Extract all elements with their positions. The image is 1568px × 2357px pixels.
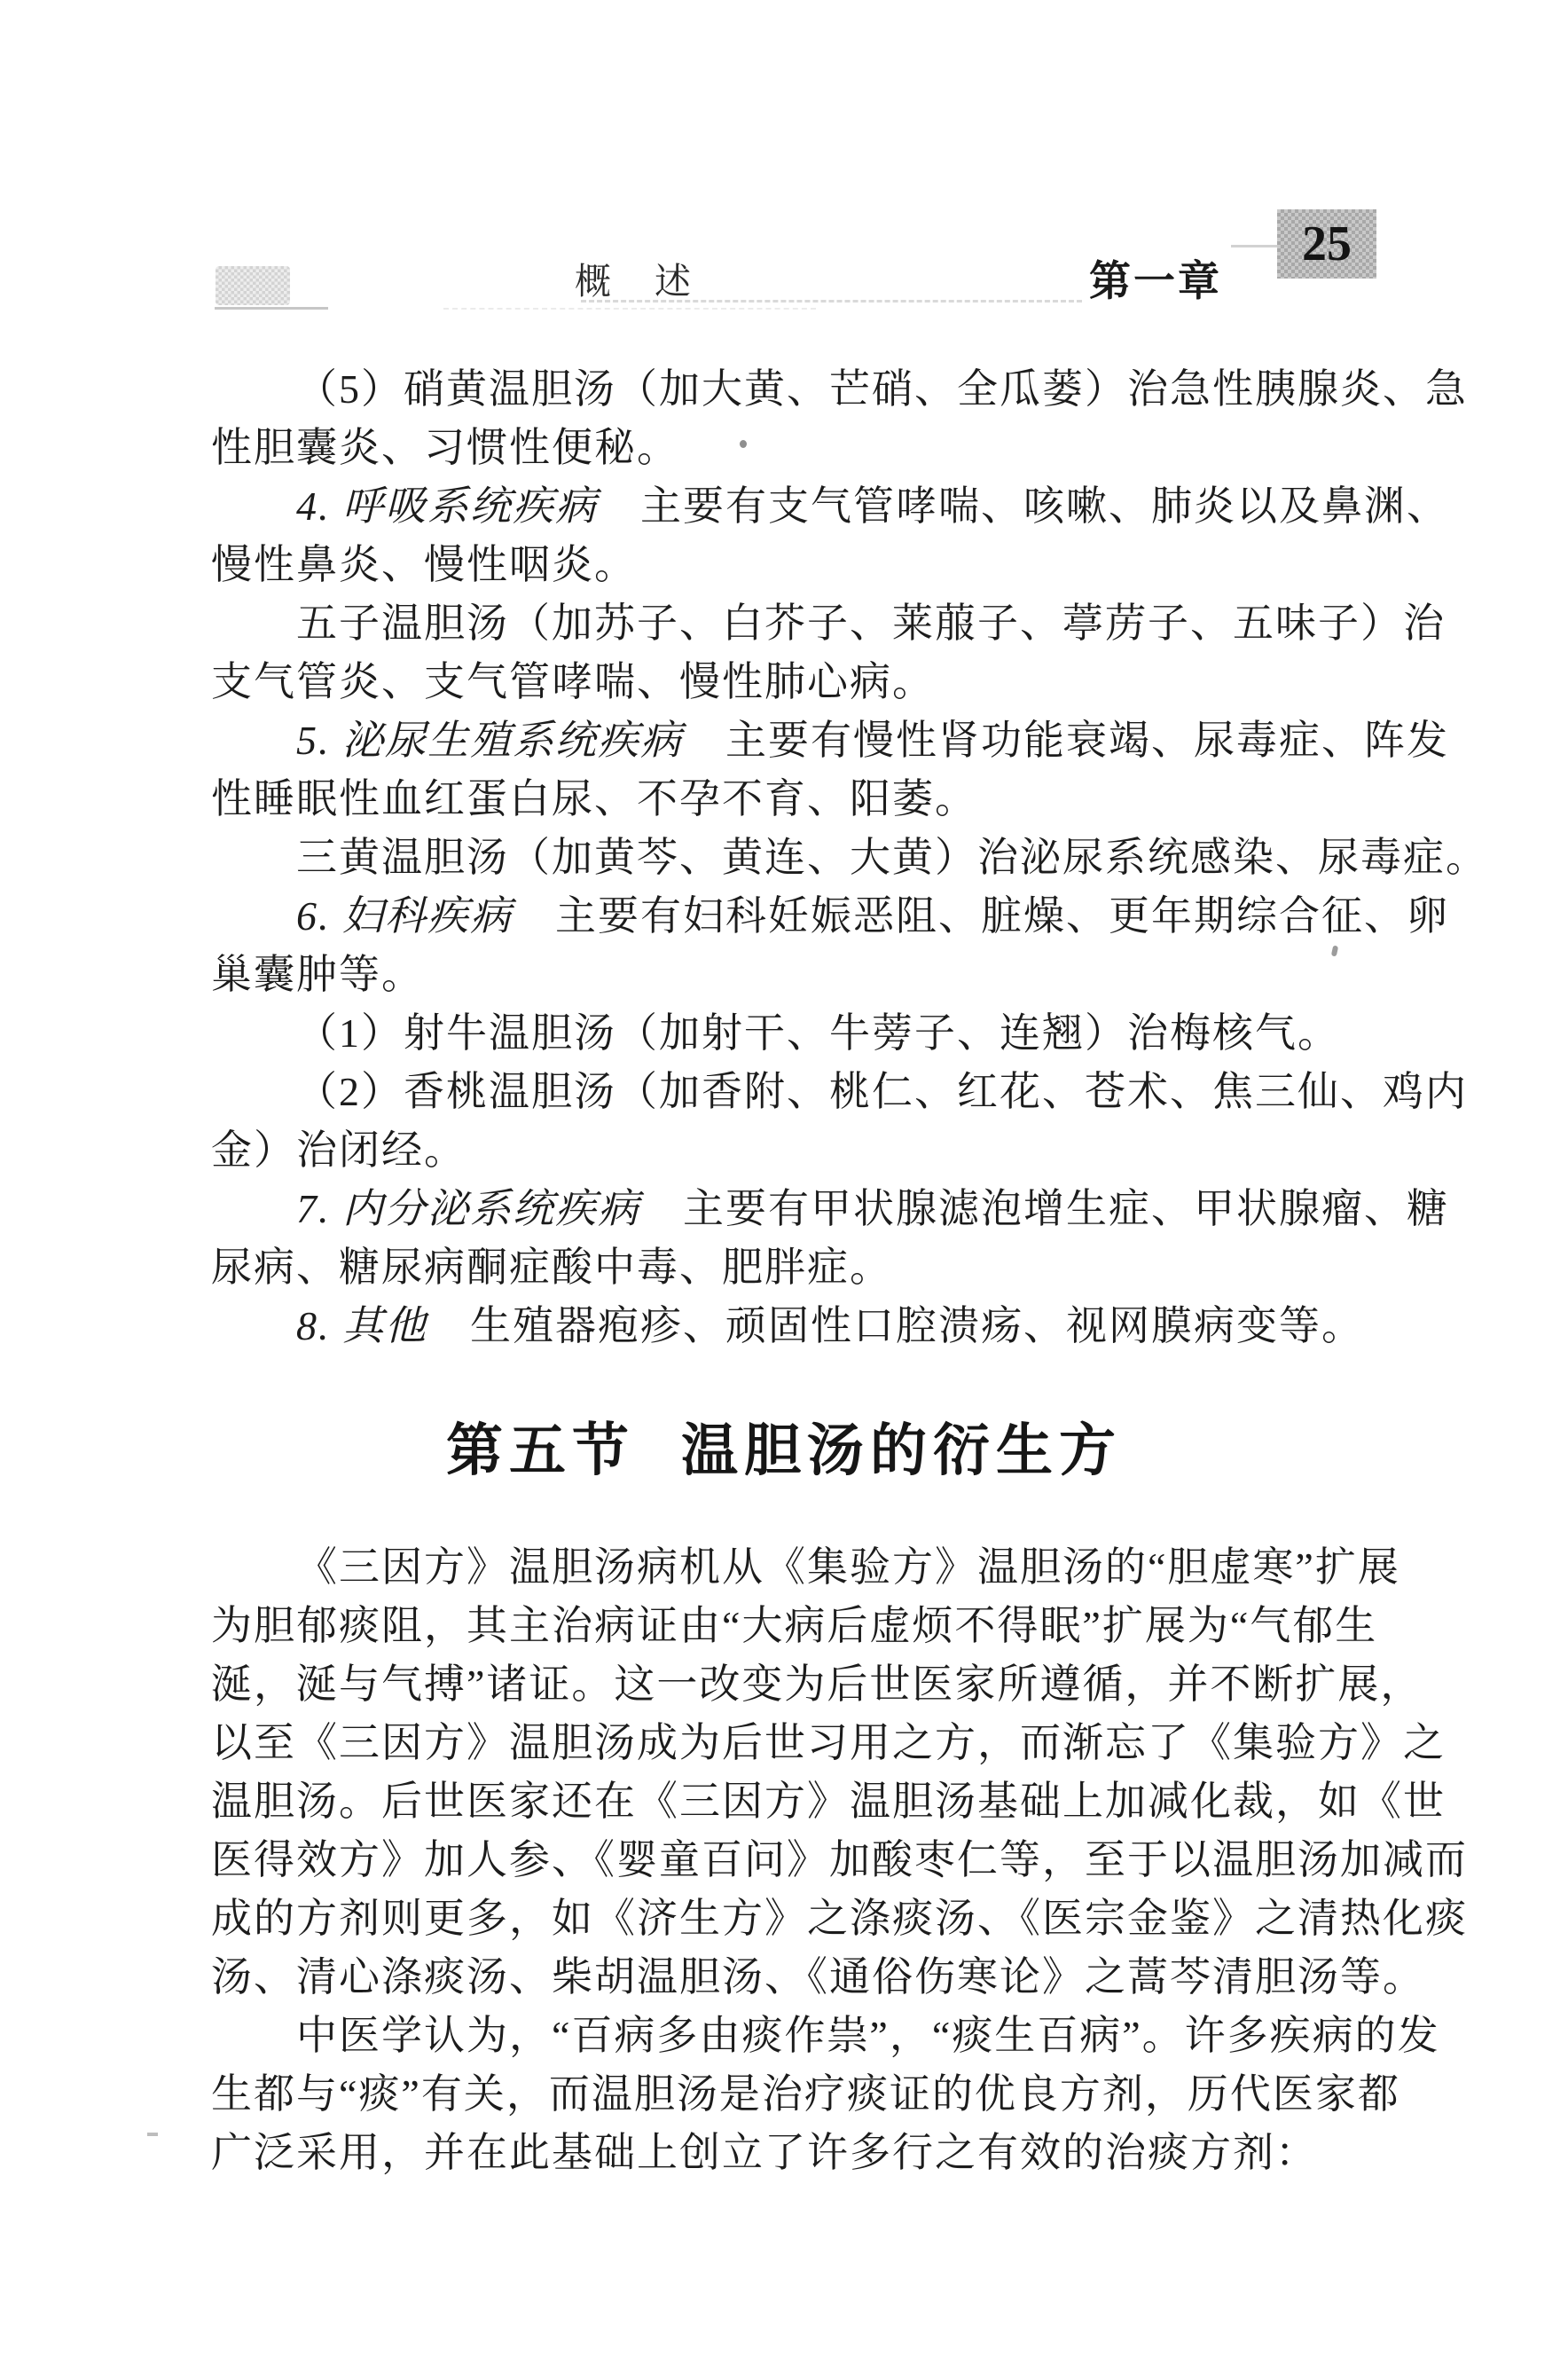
chapter-title: 第一章: [1089, 248, 1222, 308]
line-label: 7. 内分泌系统疾病: [296, 1186, 640, 1231]
text-line: 汤、清心涤痰汤、柴胡温胆汤、《通俗伤寒论》之蒿芩清胆汤等。: [211, 1948, 1451, 2007]
line-text: 金）治闭经。: [211, 1127, 466, 1173]
line-text: 性胆囊炎、习惯性便秘。: [211, 425, 679, 470]
text-line: 性胆囊炎、习惯性便秘。: [211, 419, 1451, 477]
scan-line-artifact: [215, 307, 328, 310]
line-text: 《三因方》温胆汤病机从《集验方》温胆汤的“胆虚寒”扩展: [296, 1544, 1400, 1590]
page-header: 概 述 第一章 25: [0, 0, 1568, 328]
line-text: 主要有慢性肾功能衰竭、尿毒症、阵发: [683, 718, 1449, 763]
text-line: （2）香桃温胆汤（加香附、桃仁、红花、苍术、焦三仙、鸡内: [211, 1063, 1451, 1121]
text-line: 8. 其他 生殖器疱疹、顽固性口腔溃疡、视网膜病变等。: [211, 1297, 1451, 1355]
page-badge-rule: [1231, 245, 1279, 247]
text-line: 4. 呼吸系统疾病 主要有支气管哮喘、咳嗽、肺炎以及鼻渊、: [211, 477, 1451, 536]
line-text: 涎，涎与气搏”诸证。这一改变为后世医家所遵循，并不断扩展，: [211, 1662, 1423, 1707]
line-text: 支气管炎、支气管哮喘、慢性肺心病。: [211, 659, 935, 704]
line-text: 性睡眠性血红蛋白尿、不孕不育、阳萎。: [211, 776, 977, 821]
line-text: （2）香桃温胆汤（加香附、桃仁、红花、苍术、焦三仙、鸡内: [296, 1069, 1468, 1114]
text-line: 尿病、糖尿病酮症酸中毒、肥胖症。: [211, 1238, 1451, 1297]
line-text: 三黄温胆汤（加黄芩、黄连、大黄）治泌尿系统感染、尿毒症。: [296, 835, 1488, 880]
scan-smudge-artifact: [216, 266, 290, 305]
line-label: 4. 呼吸系统疾病: [296, 483, 598, 529]
text-line: 生都与“痰”有关，而温胆汤是治疗痰证的优良方剂，历代医家都: [211, 2065, 1451, 2124]
text-line: （5）硝黄温胆汤（加大黄、芒硝、全瓜蒌）治急性胰腺炎、急: [211, 360, 1451, 419]
header-underline: [581, 300, 1082, 302]
body-text-block: （5）硝黄温胆汤（加大黄、芒硝、全瓜蒌）治急性胰腺炎、急 性胆囊炎、习惯性便秘。…: [211, 360, 1451, 1355]
scan-speck-artifact: [740, 440, 747, 448]
line-text: 尿病、糖尿病酮症酸中毒、肥胖症。: [211, 1245, 892, 1290]
running-title: 概 述: [575, 252, 694, 304]
line-text: 广泛采用，并在此基础上创立了许多行之有效的治痰方剂：: [211, 2130, 1318, 2175]
line-text: 巢囊肿等。: [211, 952, 424, 997]
page-number: 25: [1302, 216, 1352, 272]
line-text: 中医学认为，“百病多由痰作祟”，“痰生百病”。许多疾病的发: [296, 2013, 1440, 2058]
line-text: 主要有支气管哮喘、咳嗽、肺炎以及鼻渊、: [598, 483, 1449, 529]
line-label: 8. 其他: [296, 1303, 427, 1348]
scan-line-artifact-faint: [443, 308, 816, 310]
text-line: 金）治闭经。: [211, 1121, 1451, 1180]
line-text: 生殖器疱疹、顽固性口腔溃疡、视网膜病变等。: [427, 1303, 1364, 1348]
line-label: 5. 泌尿生殖系统疾病: [296, 718, 683, 763]
text-line: 巢囊肿等。: [211, 946, 1451, 1004]
paragraph-block: 《三因方》温胆汤病机从《集验方》温胆汤的“胆虚寒”扩展 为胆郁痰阻，其主治病证由…: [211, 1538, 1451, 2182]
line-text: 五子温胆汤（加苏子、白芥子、莱菔子、葶苈子、五味子）治: [296, 601, 1446, 646]
text-line: 五子温胆汤（加苏子、白芥子、莱菔子、葶苈子、五味子）治: [211, 594, 1451, 653]
page-number-badge: 25: [1277, 209, 1376, 279]
line-text: 成的方剂则更多，如《济生方》之涤痰汤、《医宗金鉴》之清热化痰: [211, 1896, 1468, 1941]
line-text: 主要有妇科妊娠恶阻、脏燥、更年期综合征、卵: [513, 893, 1449, 939]
section-heading: 第五节 温胆汤的衍生方: [0, 1406, 1568, 1486]
text-line: 成的方剂则更多，如《济生方》之涤痰汤、《医宗金鉴》之清热化痰: [211, 1890, 1451, 1948]
line-text: （5）硝黄温胆汤（加大黄、芒硝、全瓜蒌）治急性胰腺炎、急: [296, 366, 1468, 412]
text-line: 6. 妇科疾病 主要有妇科妊娠恶阻、脏燥、更年期综合征、卵: [211, 887, 1451, 946]
text-line: 以至《三因方》温胆汤成为后世习用之方，而渐忘了《集验方》之: [211, 1714, 1451, 1772]
text-line: 为胆郁痰阻，其主治病证由“大病后虚烦不得眠”扩展为“气郁生: [211, 1597, 1451, 1655]
text-line: （1）射牛温胆汤（加射干、牛蒡子、连翘）治梅核气。: [211, 1004, 1451, 1063]
line-text: 医得效方》加人参、《婴童百问》加酸枣仁等，至于以温胆汤加减而: [211, 1837, 1468, 1882]
text-line: 性睡眠性血红蛋白尿、不孕不育、阳萎。: [211, 770, 1451, 829]
line-text: 汤、清心涤痰汤、柴胡温胆汤、《通俗伤寒论》之蒿芩清胆汤等。: [211, 1954, 1425, 2000]
line-label: 6. 妇科疾病: [296, 893, 513, 939]
book-page: 概 述 第一章 25 （5）硝黄温胆汤（加大黄、芒硝、全瓜蒌）治急性胰腺炎、急 …: [0, 0, 1568, 2357]
line-text: 以至《三因方》温胆汤成为后世习用之方，而渐忘了《集验方》之: [211, 1720, 1446, 1765]
line-text: 慢性鼻炎、慢性咽炎。: [211, 542, 637, 587]
line-text: 主要有甲状腺滤泡增生症、甲状腺瘤、糖: [640, 1186, 1449, 1231]
text-line: 5. 泌尿生殖系统疾病 主要有慢性肾功能衰竭、尿毒症、阵发: [211, 711, 1451, 770]
text-line: 医得效方》加人参、《婴童百问》加酸枣仁等，至于以温胆汤加减而: [211, 1831, 1451, 1890]
line-text: 生都与“痰”有关，而温胆汤是治疗痰证的优良方剂，历代医家都: [211, 2071, 1400, 2117]
text-line: 慢性鼻炎、慢性咽炎。: [211, 536, 1451, 594]
text-line: 温胆汤。后世医家还在《三因方》温胆汤基础上加减化裁，如《世: [211, 1772, 1451, 1831]
text-line: 7. 内分泌系统疾病 主要有甲状腺滤泡增生症、甲状腺瘤、糖: [211, 1180, 1451, 1238]
section-heading-number: 第五节: [446, 1405, 635, 1487]
text-line: 支气管炎、支气管哮喘、慢性肺心病。: [211, 653, 1451, 711]
text-line: 中医学认为，“百病多由痰作祟”，“痰生百病”。许多疾病的发: [211, 2007, 1451, 2065]
text-line: 三黄温胆汤（加黄芩、黄连、大黄）治泌尿系统感染、尿毒症。: [211, 829, 1451, 887]
text-line: 涎，涎与气搏”诸证。这一改变为后世医家所遵循，并不断扩展，: [211, 1655, 1451, 1714]
line-text: 温胆汤。后世医家还在《三因方》温胆汤基础上加减化裁，如《世: [211, 1779, 1446, 1824]
scan-speck-artifact: [147, 2133, 158, 2136]
line-text: （1）射牛温胆汤（加射干、牛蒡子、连翘）治梅核气。: [296, 1010, 1340, 1056]
section-heading-title: 温胆汤的衍生方: [681, 1405, 1122, 1487]
line-text: 为胆郁痰阻，其主治病证由“大病后虚烦不得眠”扩展为“气郁生: [211, 1603, 1377, 1648]
text-line: 《三因方》温胆汤病机从《集验方》温胆汤的“胆虚寒”扩展: [211, 1538, 1451, 1597]
text-line: 广泛采用，并在此基础上创立了许多行之有效的治痰方剂：: [211, 2124, 1451, 2182]
